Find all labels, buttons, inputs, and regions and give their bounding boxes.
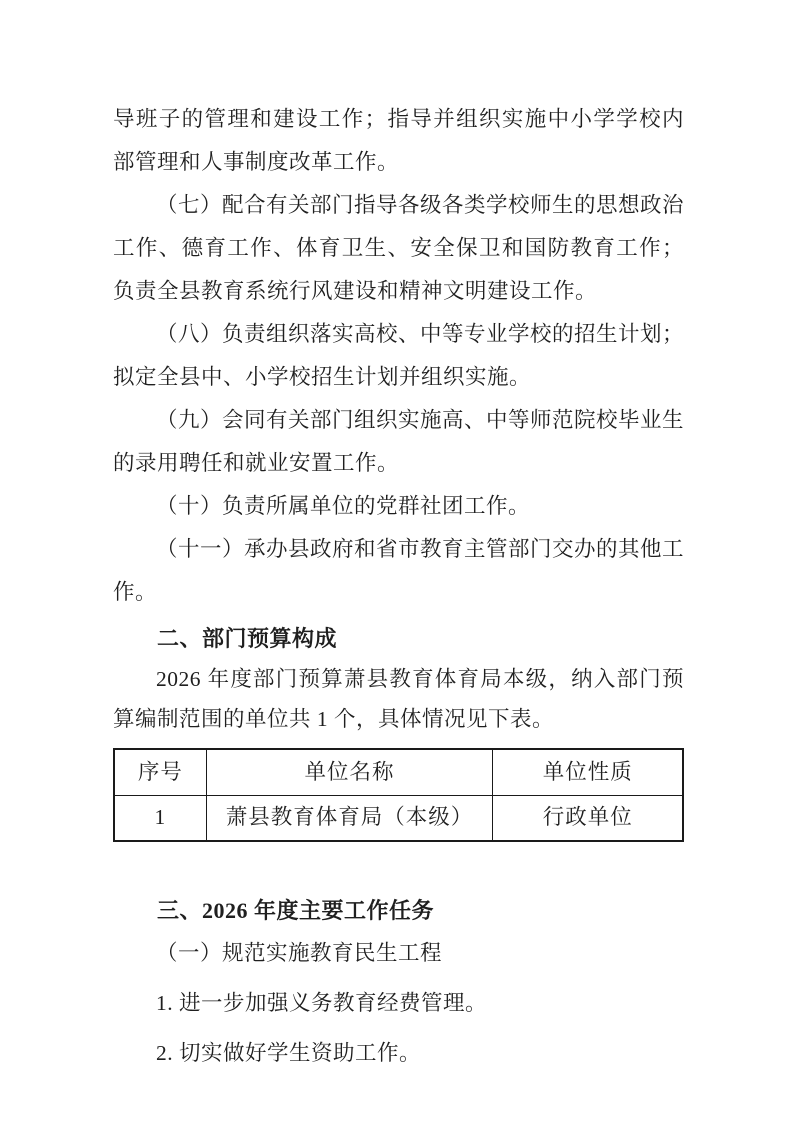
paragraph-8: （八）负责组织落实高校、中等专业学校的招生计划；拟定全县中、小学校招生计划并组织… (113, 313, 684, 399)
paragraph-9: （九）会同有关部门组织实施高、中等师范院校毕业生的录用聘任和就业安置工作。 (113, 399, 684, 485)
budget-units-table: 序号 单位名称 单位性质 1 萧县教育体育局（本级） 行政单位 (113, 748, 684, 842)
table-row: 1 萧县教育体育局（本级） 行政单位 (114, 795, 683, 841)
document-body: 导班子的管理和建设工作；指导并组织实施中小学学校内部管理和人事制度改革工作。 （… (113, 98, 684, 1074)
section3-heading: 三、2026 年度主要工作任务 (113, 890, 684, 931)
document-page: 导班子的管理和建设工作；指导并组织实施中小学学校内部管理和人事制度改革工作。 （… (0, 0, 793, 1122)
table-header-name: 单位名称 (206, 749, 493, 795)
paragraph-10: （十）负责所属单位的党群社团工作。 (113, 485, 684, 528)
section2-heading: 二、部门预算构成 (113, 618, 684, 659)
table-header-type: 单位性质 (493, 749, 683, 795)
section2-intro: 2026 年度部门预算萧县教育体育局本级，纳入部门预算编制范围的单位共 1 个，… (113, 659, 684, 739)
section3-subheading: （一）规范实施教育民生工程 (113, 932, 684, 974)
paragraph-7: （七）配合有关部门指导各级各类学校师生的思想政治工作、德育工作、体育卫生、安全保… (113, 184, 684, 313)
table-header-row: 序号 单位名称 单位性质 (114, 749, 683, 795)
continuation-paragraph: 导班子的管理和建设工作；指导并组织实施中小学学校内部管理和人事制度改革工作。 (113, 98, 684, 184)
table-cell-no: 1 (114, 795, 206, 841)
section3-item-2: 2. 切实做好学生资助工作。 (113, 1032, 684, 1074)
table-cell-name: 萧县教育体育局（本级） (206, 795, 493, 841)
paragraph-11: （十一）承办县政府和省市教育主管部门交办的其他工作。 (113, 528, 684, 614)
table-header-no: 序号 (114, 749, 206, 795)
section3-item-1: 1. 进一步加强义务教育经费管理。 (113, 982, 684, 1024)
table-cell-type: 行政单位 (493, 795, 683, 841)
